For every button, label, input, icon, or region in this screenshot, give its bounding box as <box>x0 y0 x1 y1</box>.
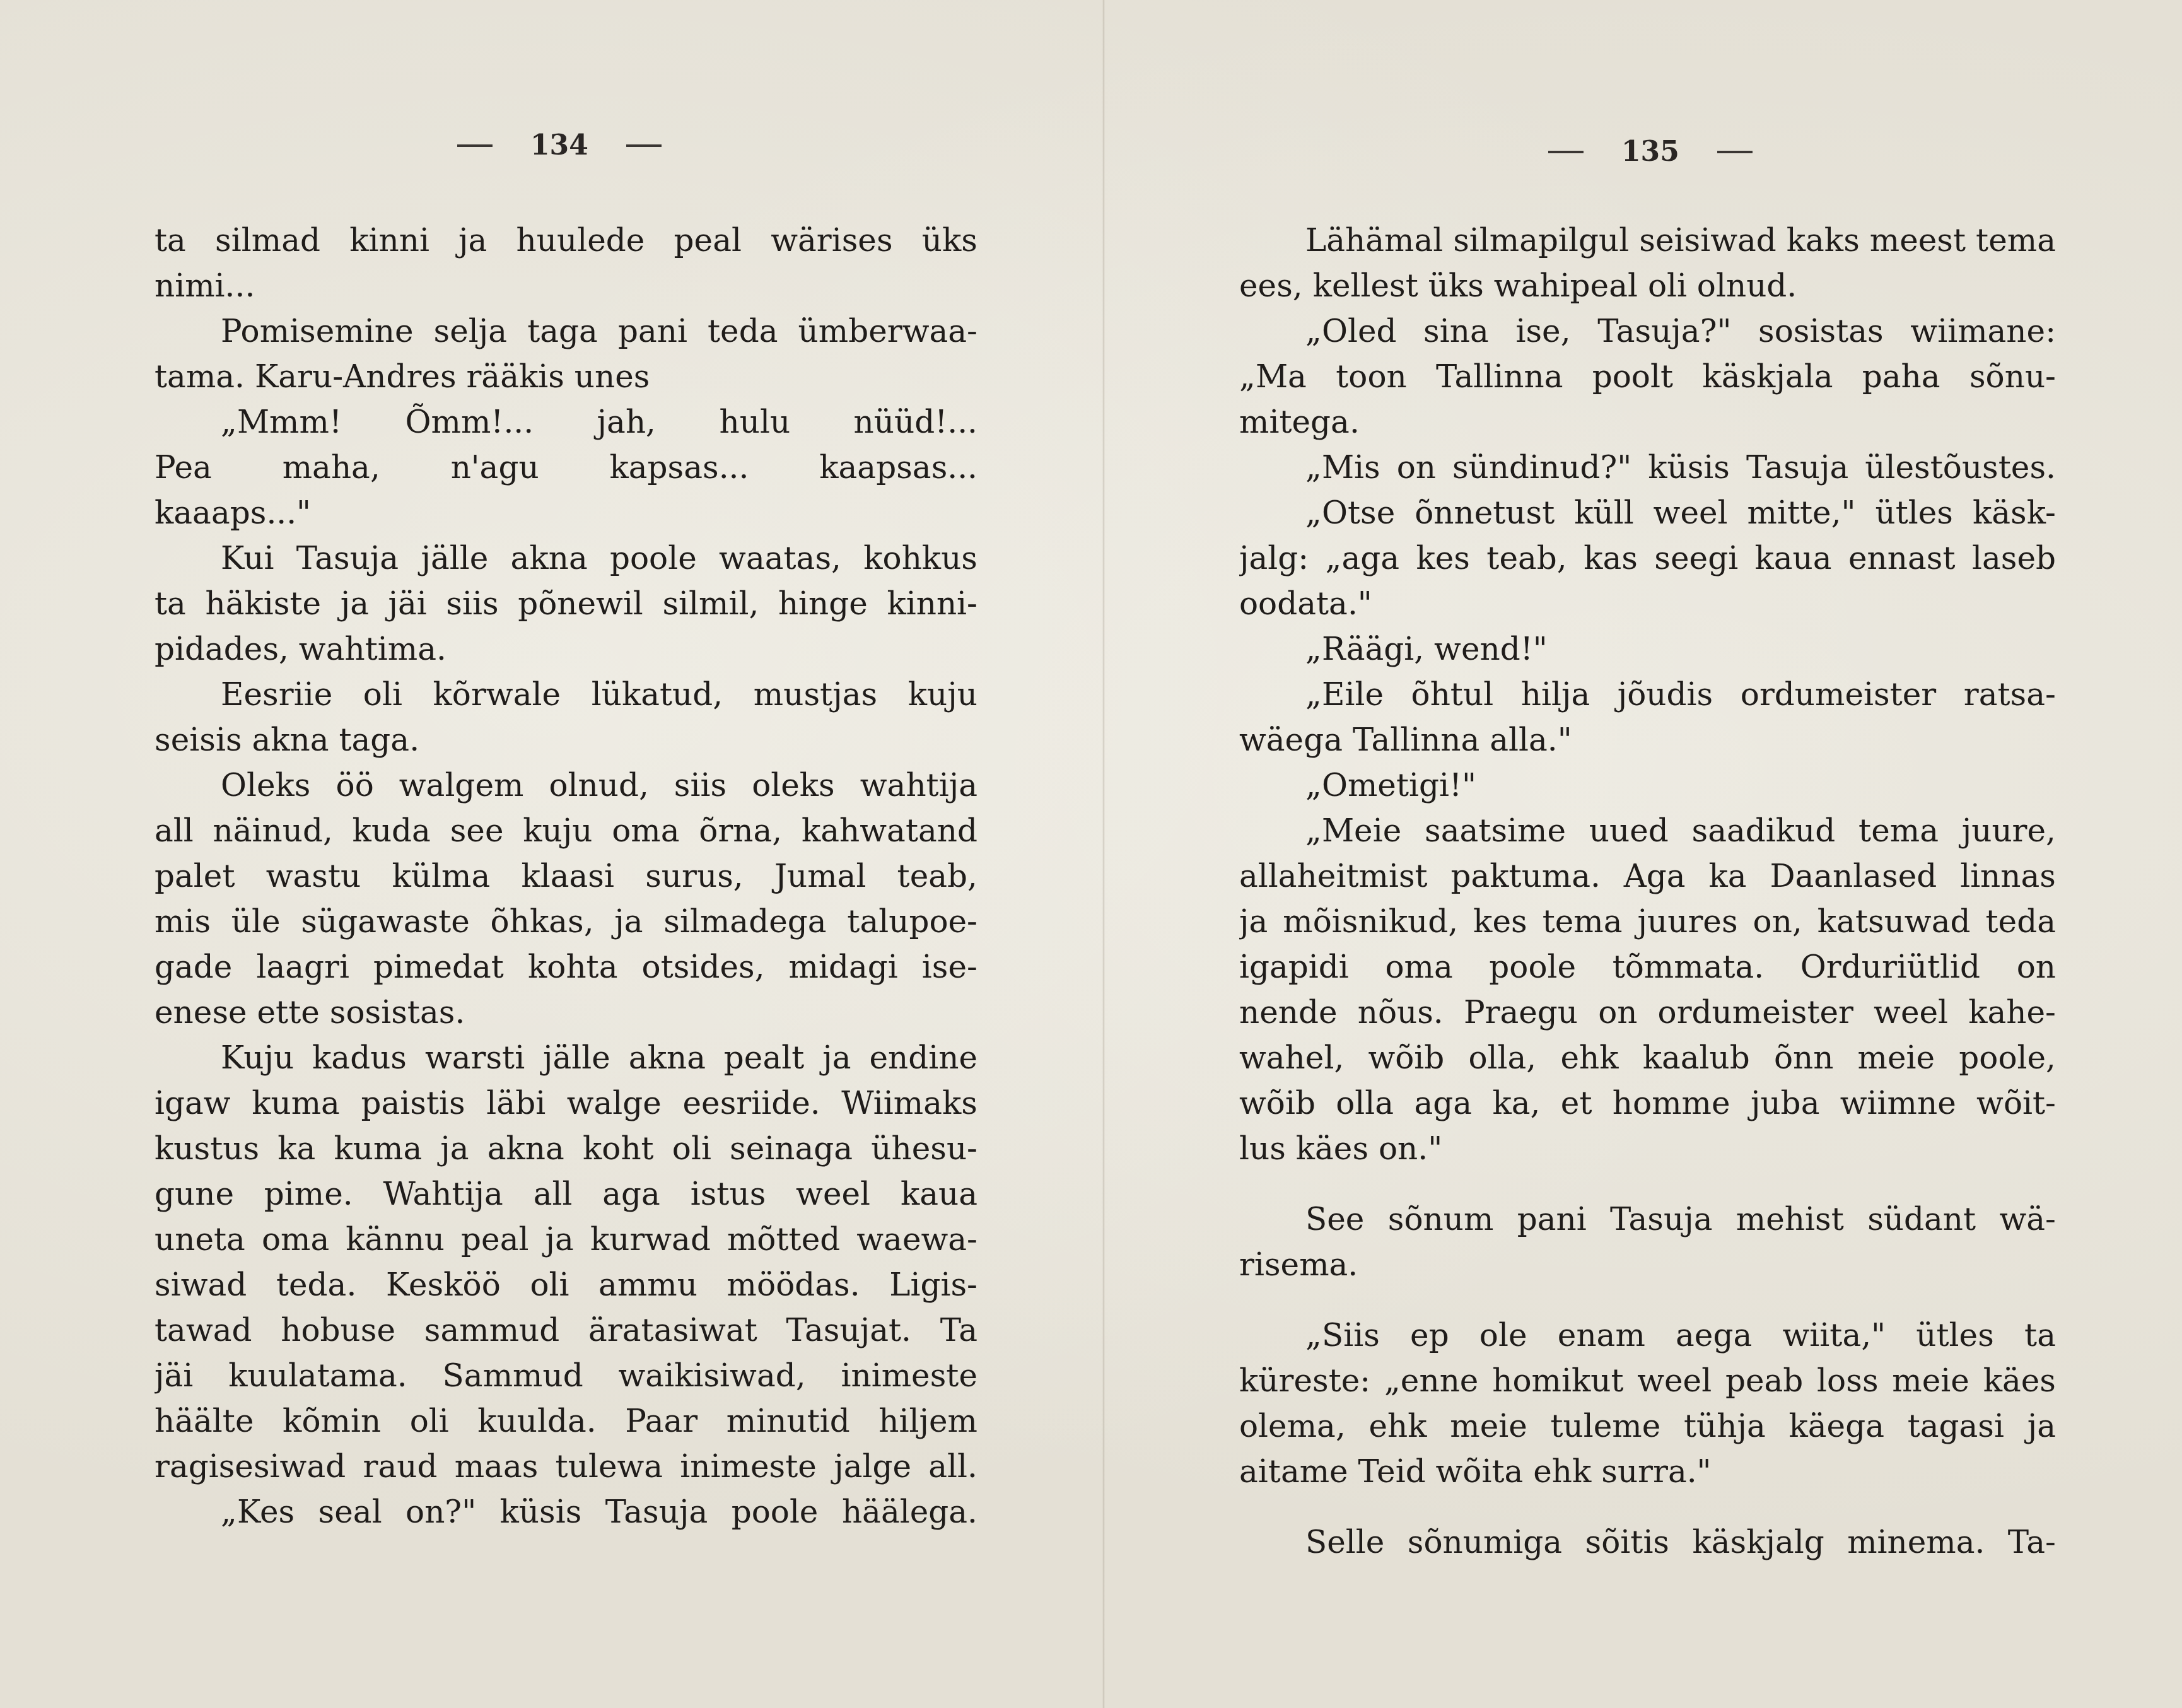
text-line: „Siis ep ole enam aega wiita," ütles ta <box>1239 1313 2056 1358</box>
text-line: „Ma toon Tallinna poolt käskjala paha sõ… <box>1239 354 2056 399</box>
text-line: Kui Tasuja jälle akna poole waatas, kohk… <box>155 535 977 581</box>
text-line: häälte kõmin oli kuulda. Paar minutid hi… <box>155 1398 977 1444</box>
text-line: „Kes seal on?" küsis Tasuja poole hääleg… <box>155 1489 977 1535</box>
right-page: 135 Lähämal silmapilgul seisiwad kaks me… <box>1104 0 2182 1708</box>
header-dash-left <box>1548 151 1584 153</box>
text-line: tama. Karu-Andres rääkis unes <box>155 354 977 399</box>
text-line: küreste: „enne homikut weel peab loss me… <box>1239 1358 2056 1403</box>
left-page-header: 134 <box>457 129 662 161</box>
text-line: kustus ka kuma ja akna koht oli seinaga … <box>155 1126 977 1171</box>
text-line: aitame Teid wõita ehk surra." <box>1239 1449 2056 1494</box>
text-line: ragisesiwad raud maas tulewa inimeste ja… <box>155 1444 977 1489</box>
text-line: ta silmad kinni ja huulede peal wärises … <box>155 218 977 263</box>
text-line: Pomisemine selja taga pani teda ümberwaa… <box>155 308 977 354</box>
text-line: „Mmm! Õmm!... jah, hulu nüüd!... <box>155 399 977 445</box>
right-page-text: Lähämal silmapilgul seisiwad kaks meest … <box>1239 218 2056 1565</box>
header-dash-left <box>457 144 493 147</box>
text-line: „Mis on sündinud?" küsis Tasuja ülestõus… <box>1239 445 2056 490</box>
text-line: wäega Tallinna alla." <box>1239 717 2056 763</box>
left-page-number: 134 <box>530 129 588 161</box>
text-line: igaw kuma paistis läbi walge eesriide. W… <box>155 1080 977 1126</box>
text-line: Oleks öö walgem olnud, siis oleks wahtij… <box>155 763 977 808</box>
text-line: ees, kellest üks wahipeal oli olnud. <box>1239 263 2056 308</box>
text-line: Selle sõnumiga sõitis käskjalg minema. T… <box>1239 1519 2056 1565</box>
text-line: nimi... <box>155 263 977 308</box>
text-line: seisis akna taga. <box>155 717 977 763</box>
text-line: tawad hobuse sammud äratasiwat Tasujat. … <box>155 1307 977 1353</box>
text-line: mis üle sügawaste õhkas, ja silmadega ta… <box>155 899 977 944</box>
header-dash-right <box>626 144 662 147</box>
text-line: Eesriie oli kõrwale lükatud, mustjas kuj… <box>155 672 977 717</box>
text-line: nende nõus. Praegu on ordumeister weel k… <box>1239 990 2056 1035</box>
text-line: „Otse õnnetust küll weel mitte," ütles k… <box>1239 490 2056 535</box>
text-line: pidades, wahtima. <box>155 626 977 672</box>
text-line: „Eile õhtul hilja jõudis ordumeister rat… <box>1239 672 2056 717</box>
header-dash-right <box>1717 151 1753 153</box>
text-line: kaaaps..." <box>155 490 977 535</box>
text-line: „Oled sina ise, Tasuja?" sosistas wiiman… <box>1239 308 2056 354</box>
text-line: siwad teda. Kesköö oli ammu möödas. Ligi… <box>155 1262 977 1307</box>
text-line: „Meie saatsime uued saadikud tema juure, <box>1239 808 2056 853</box>
text-line: ta häkiste ja jäi siis põnewil silmil, h… <box>155 581 977 626</box>
text-line: See sõnum pani Tasuja mehist südant wä- <box>1239 1196 2056 1242</box>
text-line: all näinud, kuda see kuju oma õrna, kahw… <box>155 808 977 853</box>
left-page-text: ta silmad kinni ja huulede peal wärises … <box>155 218 977 1535</box>
text-line: mitega. <box>1239 399 2056 445</box>
text-line: „Ometigi!" <box>1239 763 2056 808</box>
right-page-number: 135 <box>1621 136 1679 168</box>
text-line: ja mõisnikud, kes tema juures on, katsuw… <box>1239 899 2056 944</box>
text-line: wahel, wõib olla, ehk kaalub õnn meie po… <box>1239 1035 2056 1080</box>
text-line: palet wastu külma klaasi surus, Jumal te… <box>155 853 977 899</box>
text-line: uneta oma kännu peal ja kurwad mõtted wa… <box>155 1217 977 1262</box>
book-spread: 134 ta silmad kinni ja huulede peal wäri… <box>0 0 2182 1708</box>
text-line: gade laagri pimedat kohta otsides, midag… <box>155 944 977 990</box>
text-line: Pea maha, n'agu kapsas... kaapsas... <box>155 445 977 490</box>
text-line: „Räägi, wend!" <box>1239 626 2056 672</box>
text-line: Kuju kadus warsti jälle akna pealt ja en… <box>155 1035 977 1080</box>
text-line: jäi kuulatama. Sammud waikisiwad, inimes… <box>155 1353 977 1398</box>
text-line: allaheitmist paktuma. Aga ka Daanlased l… <box>1239 853 2056 899</box>
text-line: lus käes on." <box>1239 1126 2056 1171</box>
text-line: risema. <box>1239 1242 2056 1287</box>
text-line: jalg: „aga kes teab, kas seegi kaua enna… <box>1239 535 2056 581</box>
text-line: enese ette sosistas. <box>155 990 977 1035</box>
left-page: 134 ta silmad kinni ja huulede peal wäri… <box>0 0 1104 1708</box>
text-line: gune pime. Wahtija all aga istus weel ka… <box>155 1171 977 1217</box>
text-line: igapidi oma poole tõmmata. Orduriütlid o… <box>1239 944 2056 990</box>
text-line: olema, ehk meie tuleme tühja käega tagas… <box>1239 1403 2056 1449</box>
right-page-header: 135 <box>1548 136 1753 168</box>
text-line: Lähämal silmapilgul seisiwad kaks meest … <box>1239 218 2056 263</box>
text-line: wõib olla aga ka, et homme juba wiimne w… <box>1239 1080 2056 1126</box>
text-line: oodata." <box>1239 581 2056 626</box>
